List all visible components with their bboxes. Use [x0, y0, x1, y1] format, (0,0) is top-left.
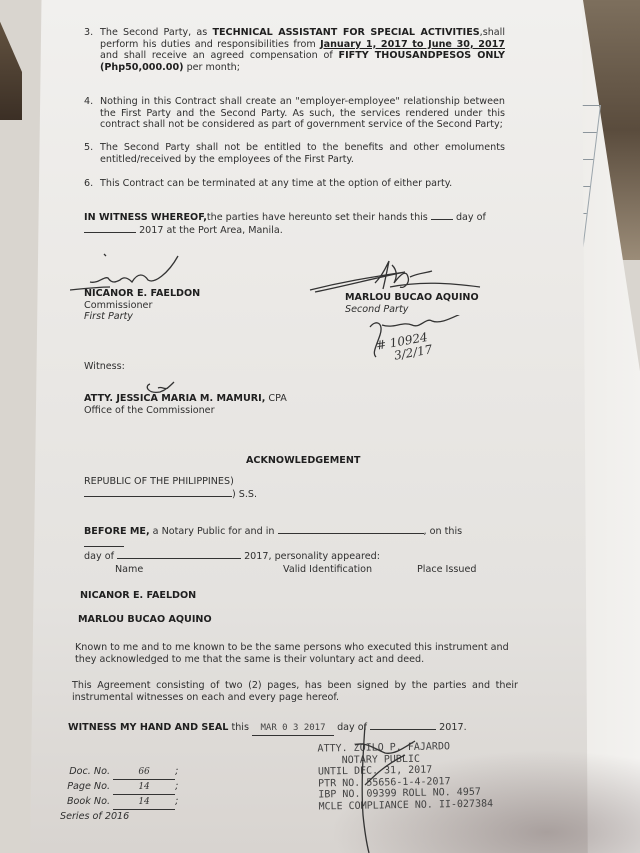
witness-block: ATTY. JESSICA MARIA M. MAMURI, CPA Offic…: [84, 393, 287, 416]
known-paragraph: Known to me and to me known to be the sa…: [75, 642, 515, 665]
venue-blank[interactable]: [84, 488, 232, 497]
seal-date-stamp: MAR 0 3 2017: [252, 723, 334, 736]
doc-no-value: 66: [113, 766, 175, 780]
person-1: NICANOR E. FAELDON: [80, 590, 196, 602]
first-party-name: NICANOR E. FAELDON: [84, 288, 200, 299]
col-valid-id: Valid Identification: [283, 564, 372, 576]
before-me-paragraph: BEFORE ME, a Notary Public for and in , …: [84, 525, 504, 563]
clause-6: 6. This Contract can be terminated at an…: [100, 178, 505, 190]
doc-no-row: Doc. No. 66;: [60, 765, 178, 780]
second-party-block: MARLOU BUCAO AQUINO Second Party: [345, 292, 479, 315]
signature-notary: [345, 725, 455, 853]
witness-label: Witness:: [84, 361, 125, 373]
clause-3: 3. The Second Party, as TECHNICAL ASSIST…: [100, 27, 505, 73]
clause-4: 4. Nothing in this Contract shall create…: [100, 96, 505, 131]
book-no-value: 14: [113, 796, 175, 810]
place-blank[interactable]: [278, 525, 424, 534]
col-name: Name: [115, 564, 143, 576]
page-no-value: 14: [113, 781, 175, 795]
contract-document: 3. The Second Party, as TECHNICAL ASSIST…: [0, 0, 640, 853]
witness-name: ATTY. JESSICA MARIA M. MAMURI,: [84, 393, 265, 404]
clause-5: 5. The Second Party shall not be entitle…: [100, 142, 505, 165]
month-blank-2[interactable]: [117, 550, 241, 559]
first-party-title: Commissioner: [84, 300, 152, 311]
second-party-name: MARLOU BUCAO AQUINO: [345, 292, 479, 303]
book-no-row: Book No. 14;: [60, 795, 178, 810]
col-place-issued: Place Issued: [417, 564, 476, 576]
agreement-paragraph: This Agreement consisting of two (2) pag…: [72, 680, 518, 703]
person-2: MARLOU BUCAO AQUINO: [78, 614, 212, 626]
page-no-row: Page No. 14;: [60, 780, 178, 795]
day-blank[interactable]: [431, 211, 453, 220]
witness-office: Office of the Commissioner: [84, 405, 215, 416]
series: Series of 2016: [60, 810, 178, 823]
date-blank[interactable]: [84, 538, 124, 547]
first-party-role: First Party: [84, 311, 133, 322]
second-party-role: Second Party: [345, 304, 408, 315]
first-party-block: NICANOR E. FAELDON Commissioner First Pa…: [84, 288, 200, 323]
venue-block: REPUBLIC OF THE PHILIPPINES) ) S.S.: [84, 476, 257, 500]
witness-whereof: IN WITNESS WHEREOF,the parties have here…: [84, 211, 504, 236]
acknowledgement-heading: ACKNOWLEDGEMENT: [246, 455, 360, 467]
month-blank[interactable]: [84, 224, 136, 233]
notarial-register: Doc. No. 66; Page No. 14; Book No. 14; S…: [60, 765, 178, 823]
